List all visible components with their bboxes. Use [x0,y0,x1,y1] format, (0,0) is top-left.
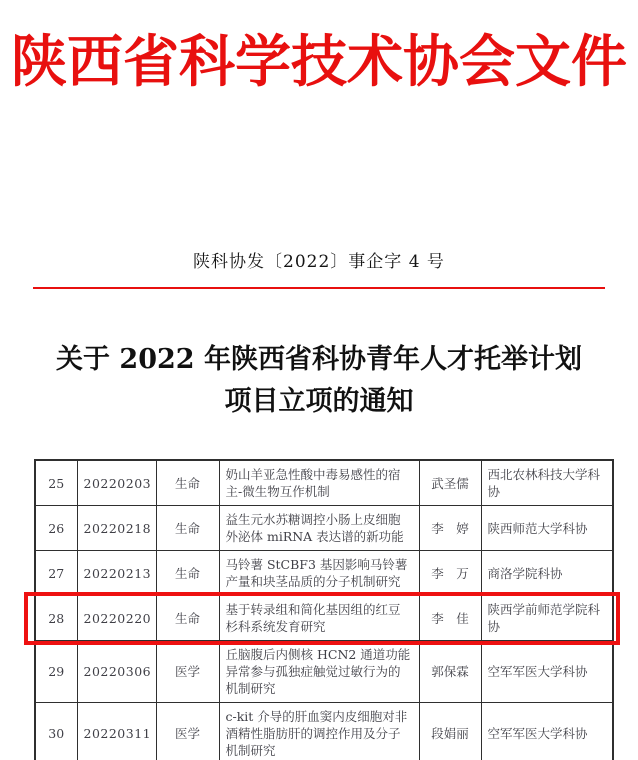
cell-recommending-unit: 陕西学前师范学院科协 [481,596,613,641]
cell-discipline: 医学 [156,703,219,760]
cell-project-title: c-kit 介导的肝血窦内皮细胞对非酒精性脂肪肝的调控作用及分子机制研究 [219,703,419,760]
cell-person-name: 李 万 [419,551,481,596]
cell-discipline: 生命 [156,551,219,596]
cell-code: 20220306 [77,641,156,703]
document-page: 陕西省科学技术协会文件 陕科协发〔2022〕事企字 4 号 关于 2022 年陕… [0,0,638,760]
cell-discipline: 生命 [156,506,219,551]
cell-project-title: 奶山羊亚急性酸中毒易感性的宿主-微生物互作机制 [219,460,419,506]
cell-recommending-unit: 西北农林科技大学科协 [481,460,613,506]
cell-recommending-unit: 空军军医大学科协 [481,641,613,703]
table-row: 26 20220218 生命 益生元水苏糖调控小肠上皮细胞外泌体 miRNA 表… [35,506,613,551]
cell-person-name: 李 佳 [419,596,481,641]
cell-code: 20220220 [77,596,156,641]
cell-no: 30 [35,703,77,760]
cell-project-title: 益生元水苏糖调控小肠上皮细胞外泌体 miRNA 表达谱的新功能 [219,506,419,551]
cell-recommending-unit: 空军军医大学科协 [481,703,613,760]
red-divider-line [33,287,605,289]
document-number: 陕科协发〔2022〕事企字 4 号 [0,252,638,272]
notice-title-line1: 关于 2022 年陕西省科协青年人才托举计划 [0,339,638,381]
cell-no: 25 [35,460,77,506]
table-row-highlighted: 28 20220220 生命 基于转录组和简化基因组的红豆杉科系统发育研究 李 … [35,596,613,641]
cell-discipline: 生命 [156,596,219,641]
notice-title-line2: 项目立项的通知 [0,381,638,423]
cell-person-name: 武圣儒 [419,460,481,506]
cell-recommending-unit: 陕西师范大学科协 [481,506,613,551]
document-header-title: 陕西省科学技术协会文件 [0,20,638,104]
table-row: 25 20220203 生命 奶山羊亚急性酸中毒易感性的宿主-微生物互作机制 武… [35,460,613,506]
table-row: 30 20220311 医学 c-kit 介导的肝血窦内皮细胞对非酒精性脂肪肝的… [35,703,613,760]
cell-no: 28 [35,596,77,641]
projects-table: 25 20220203 生命 奶山羊亚急性酸中毒易感性的宿主-微生物互作机制 武… [34,459,614,760]
notice-title: 关于 2022 年陕西省科协青年人才托举计划 项目立项的通知 [0,339,638,423]
table-row: 27 20220213 生命 马铃薯 StCBF3 基因影响马铃薯产量和块茎品质… [35,551,613,596]
cell-discipline: 生命 [156,460,219,506]
cell-no: 27 [35,551,77,596]
cell-person-name: 郭保霖 [419,641,481,703]
cell-code: 20220311 [77,703,156,760]
cell-recommending-unit: 商洛学院科协 [481,551,613,596]
cell-project-title: 马铃薯 StCBF3 基因影响马铃薯产量和块茎品质的分子机制研究 [219,551,419,596]
cell-no: 29 [35,641,77,703]
table-row: 29 20220306 医学 丘脑腹后内侧核 HCN2 通道功能异常参与孤独症触… [35,641,613,703]
cell-project-title: 基于转录组和简化基因组的红豆杉科系统发育研究 [219,596,419,641]
cell-person-name: 段娟丽 [419,703,481,760]
cell-code: 20220203 [77,460,156,506]
cell-discipline: 医学 [156,641,219,703]
cell-person-name: 李 婷 [419,506,481,551]
cell-code: 20220218 [77,506,156,551]
cell-code: 20220213 [77,551,156,596]
cell-no: 26 [35,506,77,551]
cell-project-title: 丘脑腹后内侧核 HCN2 通道功能异常参与孤独症触觉过敏行为的机制研究 [219,641,419,703]
